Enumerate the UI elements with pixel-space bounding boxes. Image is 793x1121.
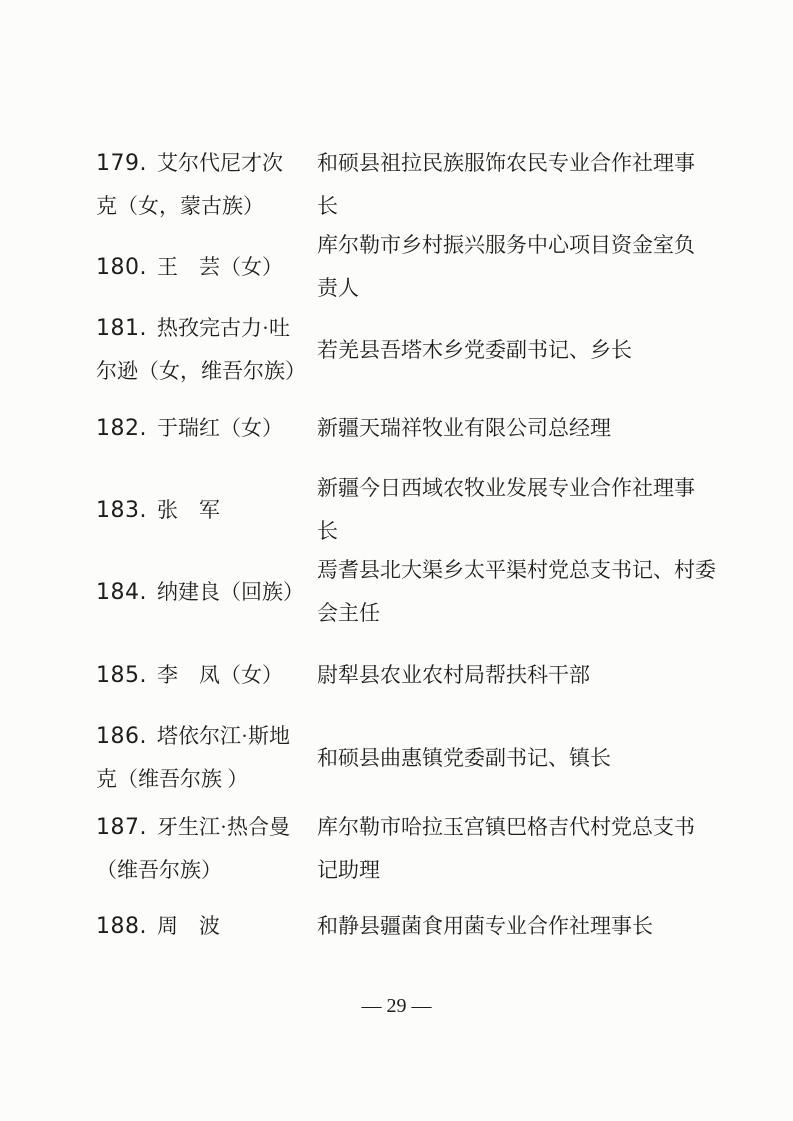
page-number: — 29 — [0, 993, 793, 1019]
entry-number-name: 186.塔依尔江·斯地 克（维吾尔族 ） [96, 715, 317, 801]
entry-number: 186. [96, 724, 147, 749]
list-item: 186.塔依尔江·斯地 克（维吾尔族 ） 和硕县曲惠镇党委副书记、镇长 [96, 715, 726, 801]
entry-number: 181. [96, 316, 147, 341]
document-page: 179.艾尔代尼才次 克（女，蒙古族） 和硕县祖拉民族服饰农民专业合作社理事 长… [0, 0, 793, 1121]
list-item: 183.张 军 新疆今日西域农牧业发展专业合作社理事 长 [96, 467, 726, 553]
entry-number-name: 184.纳建良（回族） [96, 571, 317, 614]
list-item: 185.李 凤（女） 尉犁县农业农村局帮扶科干部 [96, 654, 726, 697]
list-item: 179.艾尔代尼才次 克（女，蒙古族） 和硕县祖拉民族服饰农民专业合作社理事 长 [96, 142, 726, 228]
entry-number: 183. [96, 498, 147, 523]
entry-position: 和静县疆菌食用菌专业合作社理事长 [317, 905, 723, 948]
list-item: 187.牙生江·热合曼 （维吾尔族） 库尔勒市哈拉玉宫镇巴格吉代村党总支书 记助… [96, 806, 726, 892]
entry-position: 焉耆县北大渠乡太平渠村党总支书记、村委 会主任 [317, 549, 723, 635]
list-item: 180.王 芸（女） 库尔勒市乡村振兴服务中心项目资金室负 责人 [96, 224, 726, 310]
entry-position: 新疆天瑞祥牧业有限公司总经理 [317, 407, 723, 450]
entry-number-name: 181.热孜完古力·吐 尔逊（女，维吾尔族） [96, 307, 317, 393]
list-item: 184.纳建良（回族） 焉耆县北大渠乡太平渠村党总支书记、村委 会主任 [96, 549, 726, 635]
entry-number-name: 188.周 波 [96, 905, 317, 948]
entry-name: 张 军 [157, 498, 220, 522]
entry-number-name: 179.艾尔代尼才次 克（女，蒙古族） [96, 142, 317, 228]
entry-number: 185. [96, 663, 147, 688]
entry-name: 于瑞红（女） [157, 416, 283, 440]
list-item: 181.热孜完古力·吐 尔逊（女，维吾尔族） 若羌县吾塔木乡党委副书记、乡长 [96, 307, 726, 393]
list-item: 182.于瑞红（女） 新疆天瑞祥牧业有限公司总经理 [96, 407, 726, 450]
entry-position: 新疆今日西域农牧业发展专业合作社理事 长 [317, 467, 723, 553]
entry-name: 纳建良（回族） [157, 580, 304, 604]
entry-number-name: 187.牙生江·热合曼 （维吾尔族） [96, 806, 317, 892]
entry-position: 和硕县祖拉民族服饰农民专业合作社理事 长 [317, 142, 723, 228]
entry-name: 王 芸（女） [157, 255, 283, 279]
entry-number-name: 183.张 军 [96, 489, 317, 532]
entry-number-name: 182.于瑞红（女） [96, 407, 317, 450]
entry-number: 180. [96, 255, 147, 280]
entry-number: 188. [96, 914, 147, 939]
entry-name: 李 凤（女） [157, 663, 283, 687]
entry-position: 库尔勒市哈拉玉宫镇巴格吉代村党总支书 记助理 [317, 806, 723, 892]
entry-name: 周 波 [157, 914, 220, 938]
entry-number: 179. [96, 151, 147, 176]
entry-number: 182. [96, 416, 147, 441]
entry-position: 尉犁县农业农村局帮扶科干部 [317, 654, 723, 697]
entry-number-name: 180.王 芸（女） [96, 246, 317, 289]
entry-position: 库尔勒市乡村振兴服务中心项目资金室负 责人 [317, 224, 723, 310]
entry-position: 若羌县吾塔木乡党委副书记、乡长 [317, 329, 723, 372]
entry-number-name: 185.李 凤（女） [96, 654, 317, 697]
list-item: 188.周 波 和静县疆菌食用菌专业合作社理事长 [96, 905, 726, 948]
entry-number: 184. [96, 580, 147, 605]
entry-number: 187. [96, 815, 147, 840]
entry-position: 和硕县曲惠镇党委副书记、镇长 [317, 737, 723, 780]
